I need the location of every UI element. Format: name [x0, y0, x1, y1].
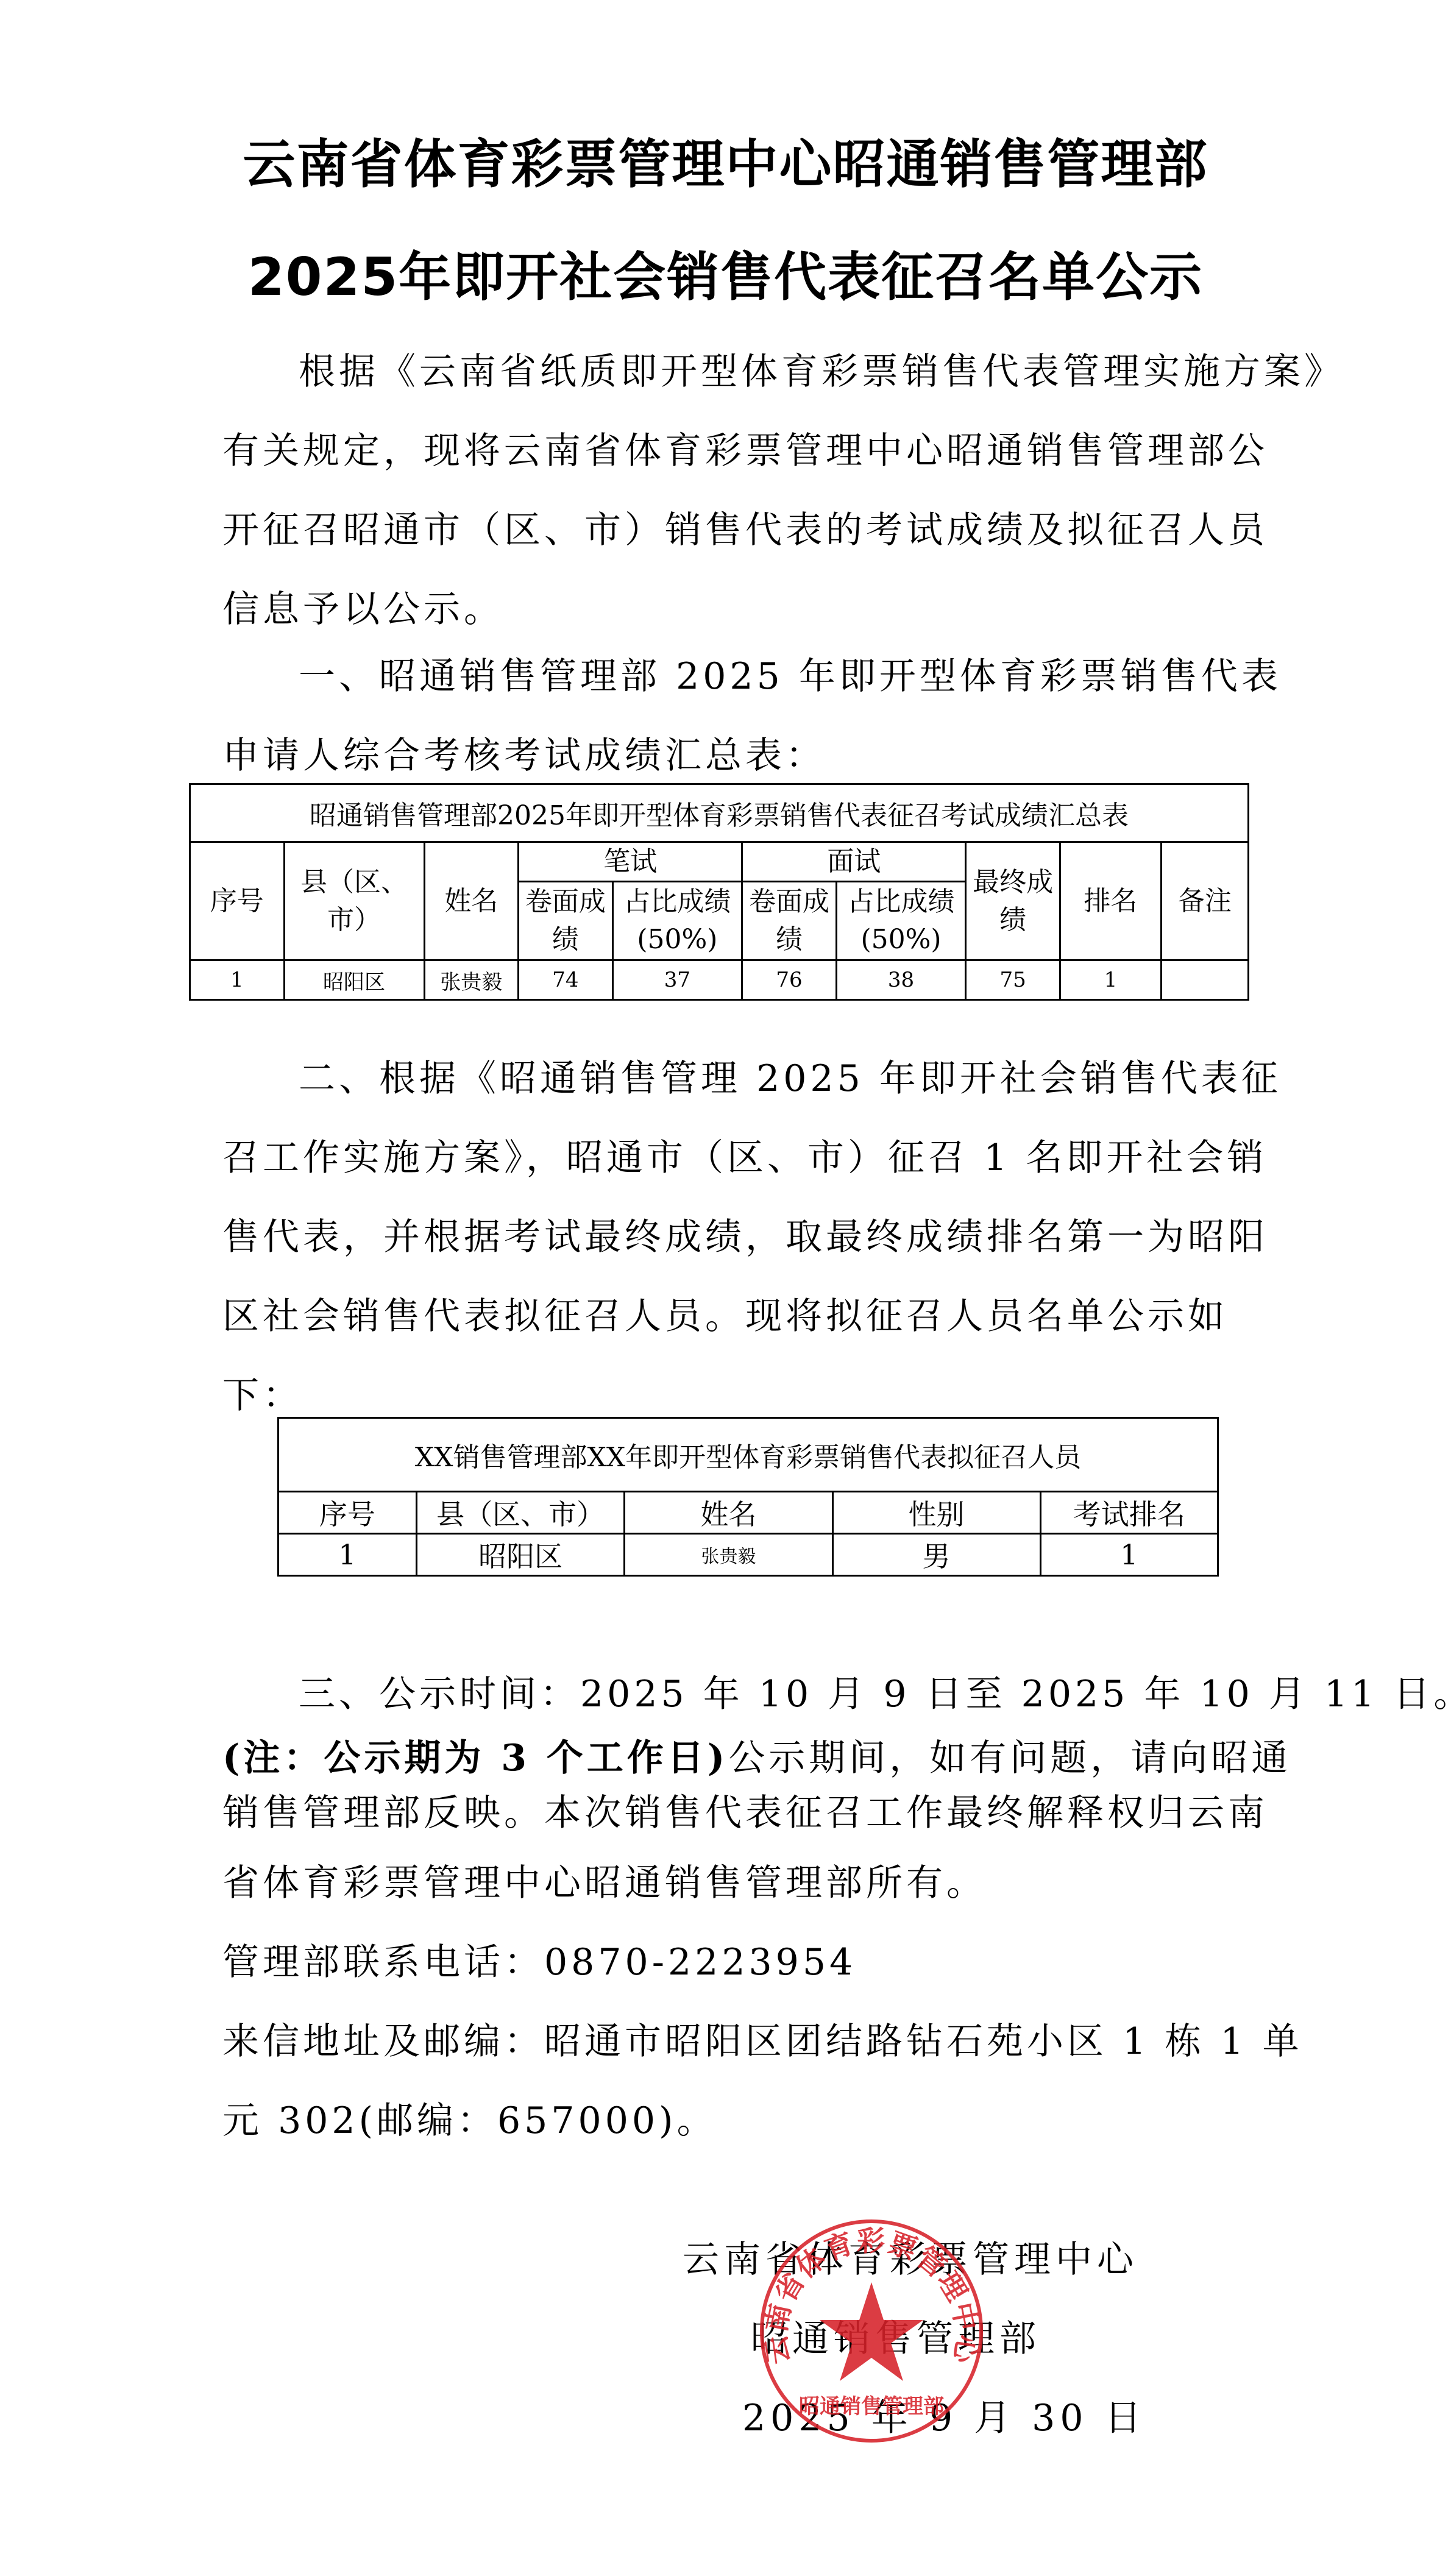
table-caption: XX销售管理部XX年即开型体育彩票销售代表拟征召人员 [278, 1418, 1218, 1492]
cell-county: 昭阳区 [416, 1534, 625, 1576]
cell-name: 张贵毅 [625, 1534, 832, 1576]
official-seal-icon: 云南省体育彩票管理中心 昭通销售管理部 [756, 2215, 987, 2447]
cell-exam-rank: 1 [1040, 1534, 1218, 1576]
header-county: 县（区、市） [284, 842, 424, 960]
intro-line: 根据《云南省纸质即开型体育彩票销售代表管理实施方案》 [222, 332, 1252, 411]
cell-remark [1161, 960, 1248, 1000]
section-line: 二、根据《昭通销售管理 2025 年即开社会销售代表征 [222, 1039, 1252, 1118]
header-written-weighted: 占比成绩(50%) [612, 882, 742, 960]
header-exam-rank: 考试排名 [1040, 1492, 1218, 1534]
intro-line: 开征召昭通市（区、市）销售代表的考试成绩及拟征召人员 [222, 491, 1252, 570]
section-line: 一、昭通销售管理部 2025 年即开型体育彩票销售代表 [222, 637, 1252, 716]
cell-county: 昭阳区 [284, 960, 424, 1000]
header-final: 最终成绩 [966, 842, 1060, 960]
header-seq: 序号 [190, 842, 285, 960]
cell-seq: 1 [278, 1534, 417, 1576]
intro-line: 有关规定，现将云南省体育彩票管理中心昭通销售管理部公 [222, 411, 1252, 491]
table-row: 1 昭阳区 张贵毅 男 1 [278, 1534, 1218, 1576]
section-two-paragraph: 二、根据《昭通销售管理 2025 年即开社会销售代表征 召工作实施方案》，昭通市… [222, 1039, 1252, 1435]
cell-name: 张贵毅 [424, 960, 519, 1000]
section-one-heading: 一、昭通销售管理部 2025 年即开型体育彩票销售代表 申请人综合考核考试成绩汇… [222, 637, 1252, 795]
score-summary-table: 昭通销售管理部2025年即开型体育彩票销售代表征召考试成绩汇总表 序号 县（区、… [189, 783, 1249, 1001]
section-three-paragraph: 三、公示时间：2025 年 10 月 9 日至 2025 年 10 月 11 日… [222, 1655, 1252, 2160]
proposed-candidates-table: XX销售管理部XX年即开型体育彩票销售代表拟征召人员 序号 县（区、市） 姓名 … [277, 1417, 1219, 1577]
header-interview: 面试 [742, 842, 966, 882]
section-line: 省体育彩票管理中心昭通销售管理部所有。 [222, 1843, 1252, 1923]
header-gender: 性别 [832, 1492, 1040, 1534]
notice-period-line: 三、公示时间：2025 年 10 月 9 日至 2025 年 10 月 11 日… [222, 1655, 1252, 1734]
section-line: 召工作实施方案》，昭通市（区、市）征召 1 名即开社会销 [222, 1118, 1252, 1198]
phone-line: 管理部联系电话：0870-2223954 [222, 1923, 1252, 2002]
table-row: 1 昭阳区 张贵毅 74 37 76 38 75 1 [190, 960, 1249, 1000]
note-line: (注：公示期为 3 个工作日)公示期间，如有问题，请向昭通 [222, 1734, 1252, 1783]
header-remark: 备注 [1161, 842, 1248, 960]
header-interview-weighted: 占比成绩(50%) [836, 882, 966, 960]
table-caption: 昭通销售管理部2025年即开型体育彩票销售代表征召考试成绩汇总表 [190, 784, 1249, 842]
section-line: 区社会销售代表拟征召人员。现将拟征召人员名单公示如 [222, 1277, 1252, 1356]
header-county: 县（区、市） [416, 1492, 625, 1534]
section-line: 销售管理部反映。本次销售代表征召工作最终解释权归云南 [222, 1783, 1252, 1843]
cell-rank: 1 [1060, 960, 1161, 1000]
cell-final: 75 [966, 960, 1060, 1000]
section-line: 售代表，并根据考试最终成绩，取最终成绩排名第一为昭阳 [222, 1198, 1252, 1277]
address-line: 元 302(邮编：657000)。 [222, 2081, 1252, 2160]
address-line: 来信地址及邮编：昭通市昭阳区团结路钻石苑小区 1 栋 1 单 [222, 2002, 1252, 2081]
seal-bottom-text: 昭通销售管理部 [799, 2394, 944, 2419]
cell-written-paper: 74 [519, 960, 613, 1000]
header-name: 姓名 [625, 1492, 832, 1534]
cell-seq: 1 [190, 960, 285, 1000]
header-seq: 序号 [278, 1492, 417, 1534]
header-written-paper: 卷面成绩 [519, 882, 613, 960]
header-name: 姓名 [424, 842, 519, 960]
header-rank: 排名 [1060, 842, 1161, 960]
cell-interview-paper: 76 [742, 960, 837, 1000]
header-interview-paper: 卷面成绩 [742, 882, 837, 960]
document-title-line2: 2025年即开社会销售代表征召名单公示 [0, 235, 1451, 310]
header-written: 笔试 [519, 842, 742, 882]
cell-interview-weighted: 38 [836, 960, 966, 1000]
intro-paragraph: 根据《云南省纸质即开型体育彩票销售代表管理实施方案》 有关规定，现将云南省体育彩… [222, 332, 1252, 649]
note-rest: 公示期间，如有问题，请向昭通 [728, 1737, 1291, 1779]
cell-written-weighted: 37 [612, 960, 742, 1000]
cell-gender: 男 [832, 1534, 1040, 1576]
document-title-line1: 云南省体育彩票管理中心昭通销售管理部 [0, 122, 1451, 197]
note-bold: (注：公示期为 3 个工作日) [222, 1737, 728, 1779]
